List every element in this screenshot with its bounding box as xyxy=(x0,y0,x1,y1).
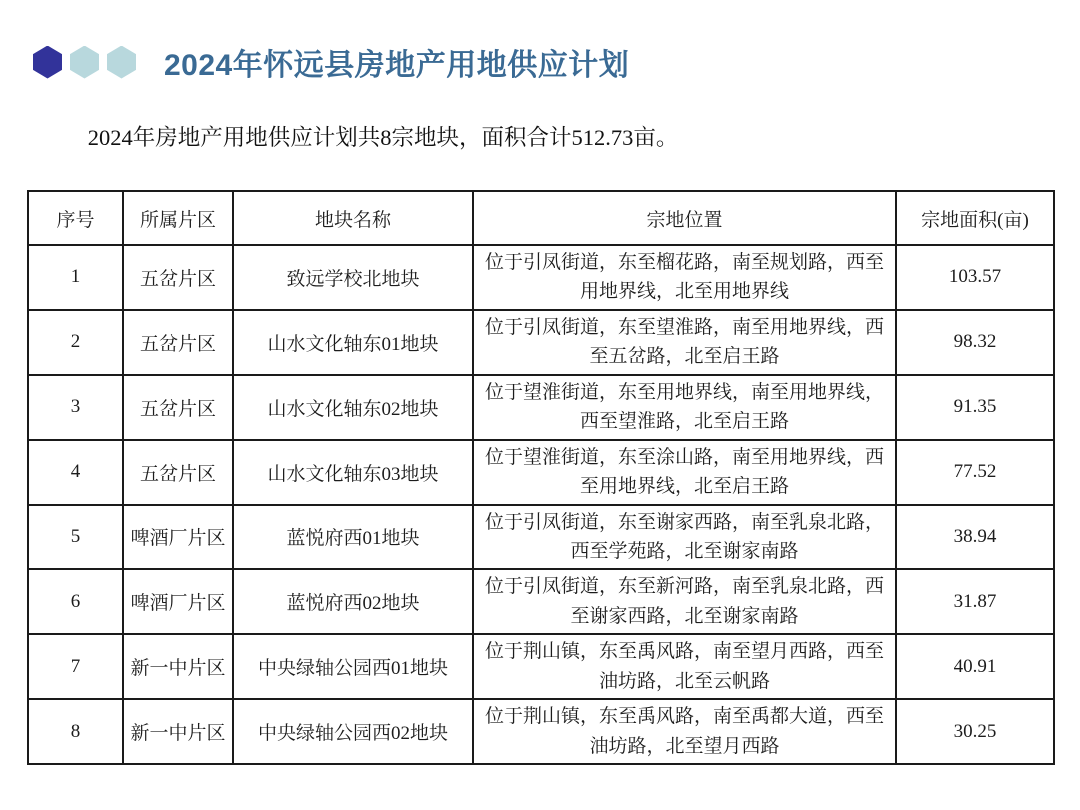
col-header-name: 地块名称 xyxy=(233,191,473,245)
cell-no: 3 xyxy=(28,375,123,440)
cell-district: 啤酒厂片区 xyxy=(123,569,233,634)
slide-header: 2024年怀远县房地产用地供应计划 xyxy=(33,40,629,84)
col-header-location: 宗地位置 xyxy=(473,191,896,245)
cell-location: 位于引凤街道，东至新河路，南至乳泉北路，西至谢家西路，北至谢家南路 xyxy=(473,569,896,634)
cell-name: 山水文化轴东03地块 xyxy=(233,440,473,505)
cell-district: 新一中片区 xyxy=(123,634,233,699)
table-row: 8 新一中片区 中央绿轴公园西02地块 位于荆山镇，东至禹风路，南至禹都大道，西… xyxy=(28,699,1054,764)
cell-area: 98.32 xyxy=(896,310,1054,375)
cell-no: 4 xyxy=(28,440,123,505)
cell-area: 103.57 xyxy=(896,245,1054,310)
cell-name: 中央绿轴公园西02地块 xyxy=(233,699,473,764)
cell-district: 新一中片区 xyxy=(123,699,233,764)
table-row: 5 啤酒厂片区 蓝悦府西01地块 位于引凤街道，东至谢家西路，南至乳泉北路，西至… xyxy=(28,505,1054,570)
page-title: 2024年怀远县房地产用地供应计划 xyxy=(164,40,629,84)
table-row: 4 五岔片区 山水文化轴东03地块 位于望淮街道，东至涂山路，南至用地界线，西至… xyxy=(28,440,1054,505)
cell-district: 五岔片区 xyxy=(123,245,233,310)
cell-name: 致远学校北地块 xyxy=(233,245,473,310)
col-header-area: 宗地面积(亩) xyxy=(896,191,1054,245)
cell-area: 91.35 xyxy=(896,375,1054,440)
cell-district: 五岔片区 xyxy=(123,375,233,440)
land-supply-table-wrap: 序号 所属片区 地块名称 宗地位置 宗地面积(亩) 1 五岔片区 致远学校北地块… xyxy=(27,190,1055,765)
cell-district: 啤酒厂片区 xyxy=(123,505,233,570)
table-row: 1 五岔片区 致远学校北地块 位于引凤街道，东至榴花路，南至规划路，西至用地界线… xyxy=(28,245,1054,310)
hexagon-light-icon xyxy=(70,46,99,79)
col-header-district: 所属片区 xyxy=(123,191,233,245)
cell-area: 38.94 xyxy=(896,505,1054,570)
cell-area: 31.87 xyxy=(896,569,1054,634)
table-header-row: 序号 所属片区 地块名称 宗地位置 宗地面积(亩) xyxy=(28,191,1054,245)
cell-district: 五岔片区 xyxy=(123,310,233,375)
cell-location: 位于望淮街道，东至涂山路，南至用地界线，西至用地界线，北至启王路 xyxy=(473,440,896,505)
hexagon-light-icon xyxy=(107,46,136,79)
cell-name: 山水文化轴东01地块 xyxy=(233,310,473,375)
table-row: 2 五岔片区 山水文化轴东01地块 位于引凤街道，东至望淮路，南至用地界线，西至… xyxy=(28,310,1054,375)
slide: 2024年怀远县房地产用地供应计划 2024年房地产用地供应计划共8宗地块，面积… xyxy=(0,0,1080,810)
cell-no: 5 xyxy=(28,505,123,570)
cell-area: 40.91 xyxy=(896,634,1054,699)
cell-area: 30.25 xyxy=(896,699,1054,764)
table-row: 7 新一中片区 中央绿轴公园西01地块 位于荆山镇，东至禹风路，南至望月西路，西… xyxy=(28,634,1054,699)
cell-name: 山水文化轴东02地块 xyxy=(233,375,473,440)
cell-no: 1 xyxy=(28,245,123,310)
col-header-no: 序号 xyxy=(28,191,123,245)
cell-name: 蓝悦府西01地块 xyxy=(233,505,473,570)
cell-location: 位于引凤街道，东至谢家西路，南至乳泉北路，西至学苑路，北至谢家南路 xyxy=(473,505,896,570)
cell-name: 蓝悦府西02地块 xyxy=(233,569,473,634)
table-row: 3 五岔片区 山水文化轴东02地块 位于望淮街道，东至用地界线，南至用地界线，西… xyxy=(28,375,1054,440)
cell-no: 7 xyxy=(28,634,123,699)
cell-location: 位于引凤街道，东至榴花路，南至规划路，西至用地界线，北至用地界线 xyxy=(473,245,896,310)
cell-name: 中央绿轴公园西01地块 xyxy=(233,634,473,699)
intro-text: 2024年房地产用地供应计划共8宗地块，面积合计512.73亩。 xyxy=(27,122,1053,154)
cell-location: 位于望淮街道，东至用地界线，南至用地界线，西至望淮路，北至启王路 xyxy=(473,375,896,440)
cell-location: 位于荆山镇，东至禹风路，南至禹都大道，西至油坊路，北至望月西路 xyxy=(473,699,896,764)
cell-no: 2 xyxy=(28,310,123,375)
hexagon-icon-group xyxy=(33,46,144,79)
cell-no: 6 xyxy=(28,569,123,634)
land-supply-table: 序号 所属片区 地块名称 宗地位置 宗地面积(亩) 1 五岔片区 致远学校北地块… xyxy=(27,190,1055,765)
table-row: 6 啤酒厂片区 蓝悦府西02地块 位于引凤街道，东至新河路，南至乳泉北路，西至谢… xyxy=(28,569,1054,634)
hexagon-dark-icon xyxy=(33,46,62,79)
cell-location: 位于荆山镇，东至禹风路，南至望月西路，西至油坊路，北至云帆路 xyxy=(473,634,896,699)
cell-district: 五岔片区 xyxy=(123,440,233,505)
cell-location: 位于引凤街道，东至望淮路，南至用地界线，西至五岔路，北至启王路 xyxy=(473,310,896,375)
cell-area: 77.52 xyxy=(896,440,1054,505)
cell-no: 8 xyxy=(28,699,123,764)
